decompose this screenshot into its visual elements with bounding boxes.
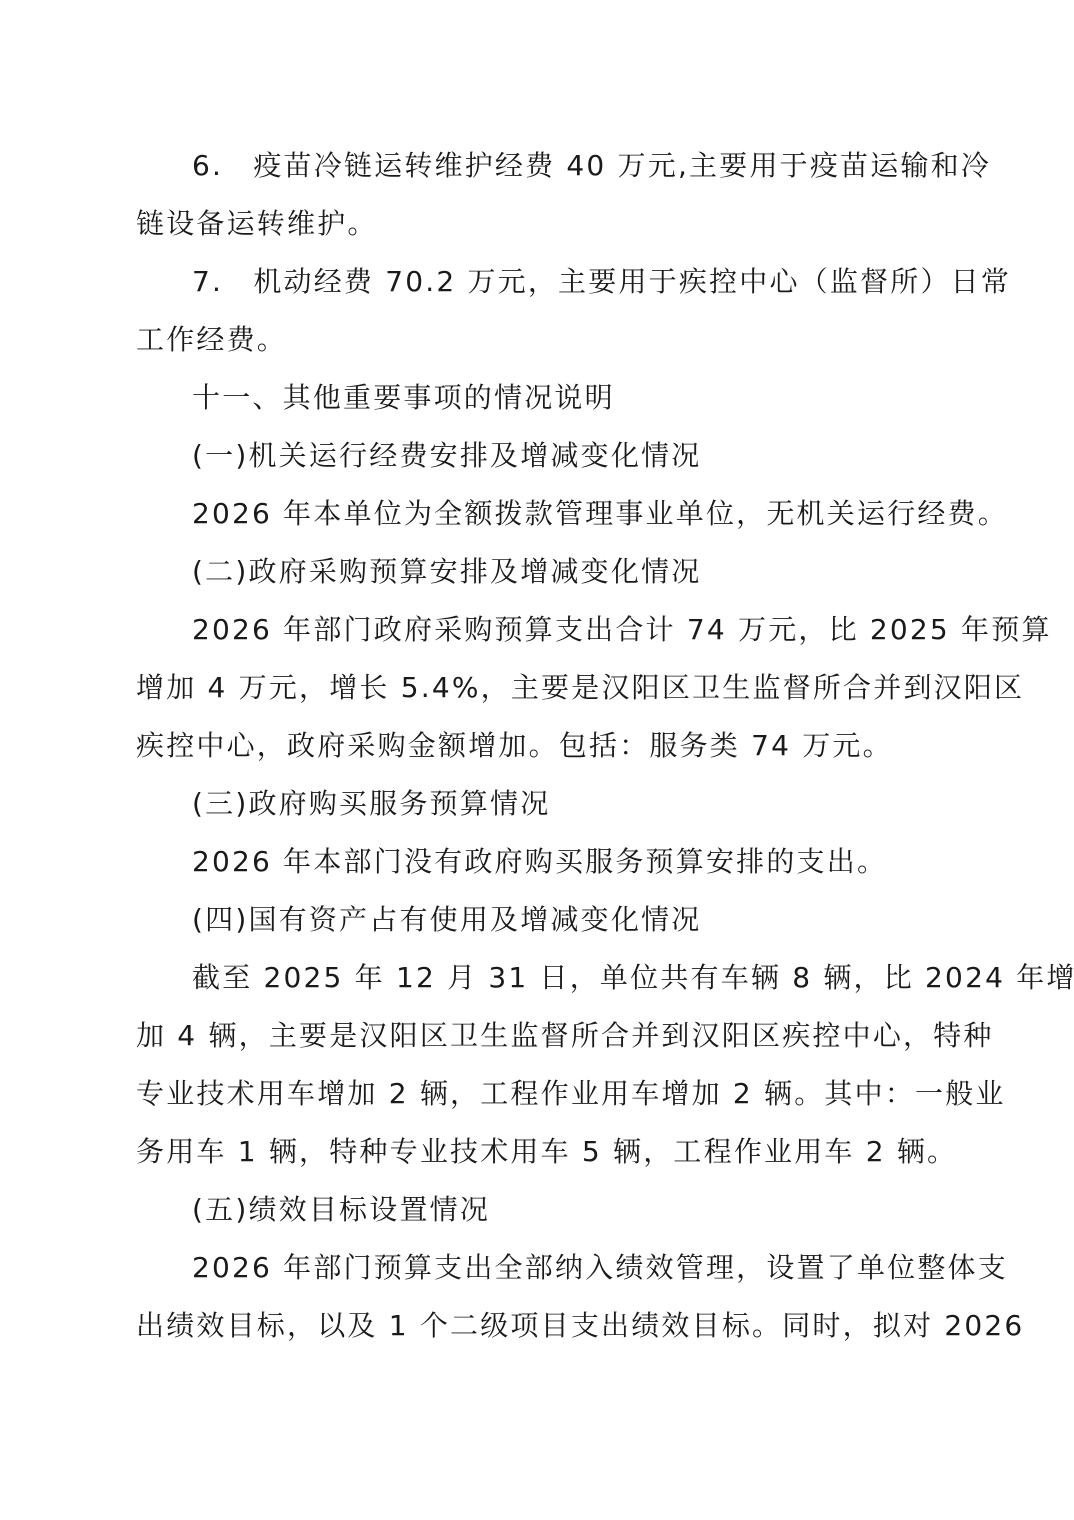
- paragraph-performance-goals: 2026 年部门预算支出全部纳入绩效管理，设置了单位整体支: [192, 1250, 942, 1286]
- paragraph-state-assets: 截至 2025 年 12 月 31 日，单位共有车辆 8 辆，比 2024 年增: [192, 960, 942, 996]
- subsection-heading-state-assets: (四)国有资产占有使用及增减变化情况: [192, 902, 942, 938]
- subsection-heading-procurement: (二)政府采购预算安排及增减变化情况: [192, 554, 942, 590]
- subsection-heading-operating-expenses: (一)机关运行经费安排及增减变化情况: [192, 438, 942, 474]
- subsection-heading-performance-goals: (五)绩效目标设置情况: [192, 1192, 942, 1228]
- text-line: 专业技术用车增加 2 辆，工程作业用车增加 2 辆。其中：一般业: [136, 1076, 942, 1112]
- text-line: 加 4 辆，主要是汉阳区卫生监督所合并到汉阳区疾控中心，特种: [136, 1018, 942, 1054]
- text-line: 疾控中心，政府采购金额增加。包括：服务类 74 万元。: [136, 728, 942, 764]
- section-heading-other-matters: 十一、其他重要事项的情况说明: [192, 380, 942, 416]
- text-line: 务用车 1 辆，特种专业技术用车 5 辆，工程作业用车 2 辆。: [136, 1134, 942, 1170]
- list-item-contingency-fund: 7. 机动经费 70.2 万元，主要用于疾控中心（监督所）日常: [192, 264, 942, 300]
- text-line: 出绩效目标，以及 1 个二级项目支出绩效目标。同时，拟对 2026: [136, 1308, 942, 1344]
- text-line: 链设备运转维护。: [136, 206, 942, 242]
- document-page: 6. 疫苗冷链运转维护经费 40 万元,主要用于疫苗运输和冷 链设备运转维护。 …: [0, 0, 1074, 1520]
- subsection-heading-purchased-services: (三)政府购买服务预算情况: [192, 786, 942, 822]
- text-line: 工作经费。: [136, 322, 942, 358]
- paragraph-purchased-services: 2026 年本部门没有政府购买服务预算安排的支出。: [192, 844, 942, 880]
- paragraph-procurement: 2026 年部门政府采购预算支出合计 74 万元，比 2025 年预算: [192, 612, 942, 648]
- text-line: 增加 4 万元，增长 5.4%，主要是汉阳区卫生监督所合并到汉阳区: [136, 670, 942, 706]
- paragraph-operating-expenses: 2026 年本单位为全额拨款管理事业单位，无机关运行经费。: [192, 496, 942, 532]
- list-item-vaccine-cold-chain: 6. 疫苗冷链运转维护经费 40 万元,主要用于疫苗运输和冷: [192, 148, 942, 184]
